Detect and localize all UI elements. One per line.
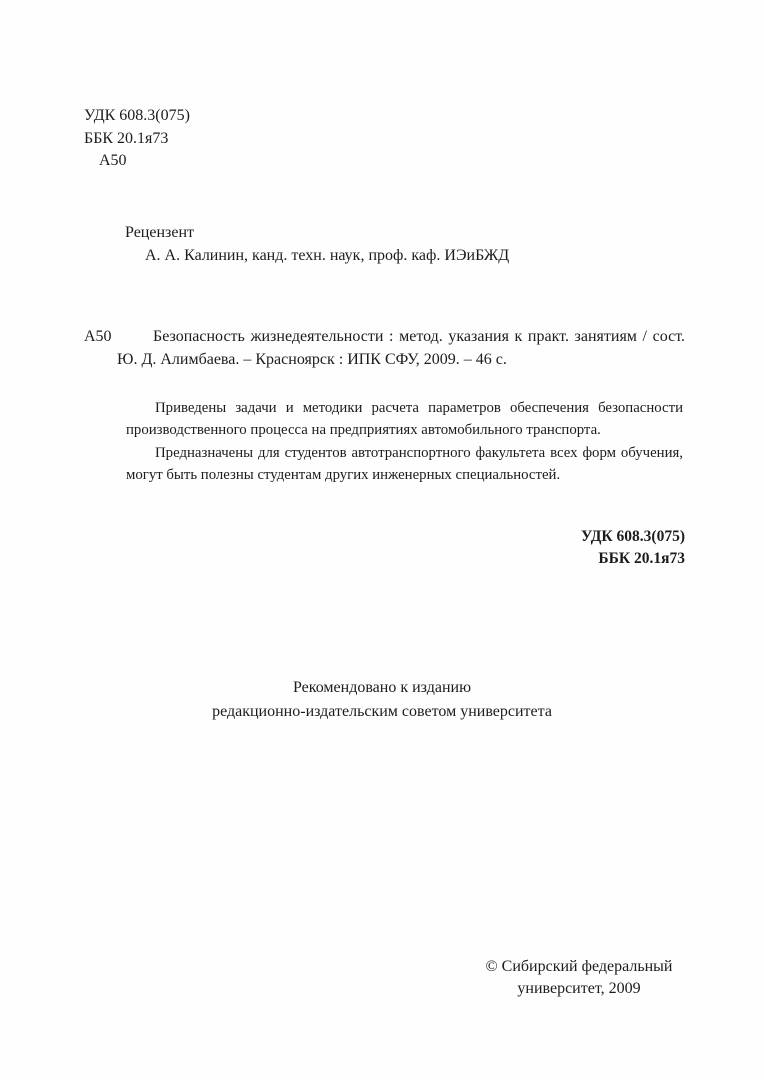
recommendation-line-1: Рекомендовано к изданию: [0, 676, 764, 700]
recommendation-block: Рекомендовано к изданию редакционно-изда…: [0, 676, 764, 723]
udk-code: УДК 608.3(075): [84, 105, 190, 128]
reviewer-name: А. А. Калинин, канд. техн. наук, проф. к…: [145, 244, 509, 267]
copyright-line-1: © Сибирский федеральный: [468, 956, 690, 978]
recommendation-line-2: редакционно-издательским советом универс…: [0, 700, 764, 724]
bbk-code: ББК 20.1я73: [84, 128, 190, 151]
catalog-index: А50: [84, 325, 112, 348]
annotation-block: Приведены задачи и методики расчета пара…: [126, 397, 683, 487]
reviewer-label: Рецензент: [125, 221, 509, 244]
annotation-paragraph-2: Предназначены для студентов автотранспор…: [126, 442, 683, 487]
udk-block: УДК 608.3(075) ББК 20.1я73 А50: [84, 105, 190, 173]
bbk-footer-code: ББК 20.1я73: [581, 548, 685, 570]
author-index: А50: [84, 150, 190, 173]
copyright-block: © Сибирский федеральный университет, 200…: [468, 956, 690, 1000]
udk-footer-block: УДК 608.3(075) ББК 20.1я73: [581, 526, 685, 570]
udk-footer-code: УДК 608.3(075): [581, 526, 685, 548]
catalog-text: Безопасность жизнедеятельности : метод. …: [117, 325, 685, 371]
reviewer-block: Рецензент А. А. Калинин, канд. техн. нау…: [125, 221, 509, 267]
document-page: УДК 608.3(075) ББК 20.1я73 А50 Рецензент…: [0, 0, 764, 1080]
annotation-paragraph-1: Приведены задачи и методики расчета пара…: [126, 397, 683, 442]
catalog-entry: А50 Безопасность жизнедеятельности : мет…: [84, 325, 685, 371]
copyright-line-2: университет, 2009: [468, 978, 690, 1000]
